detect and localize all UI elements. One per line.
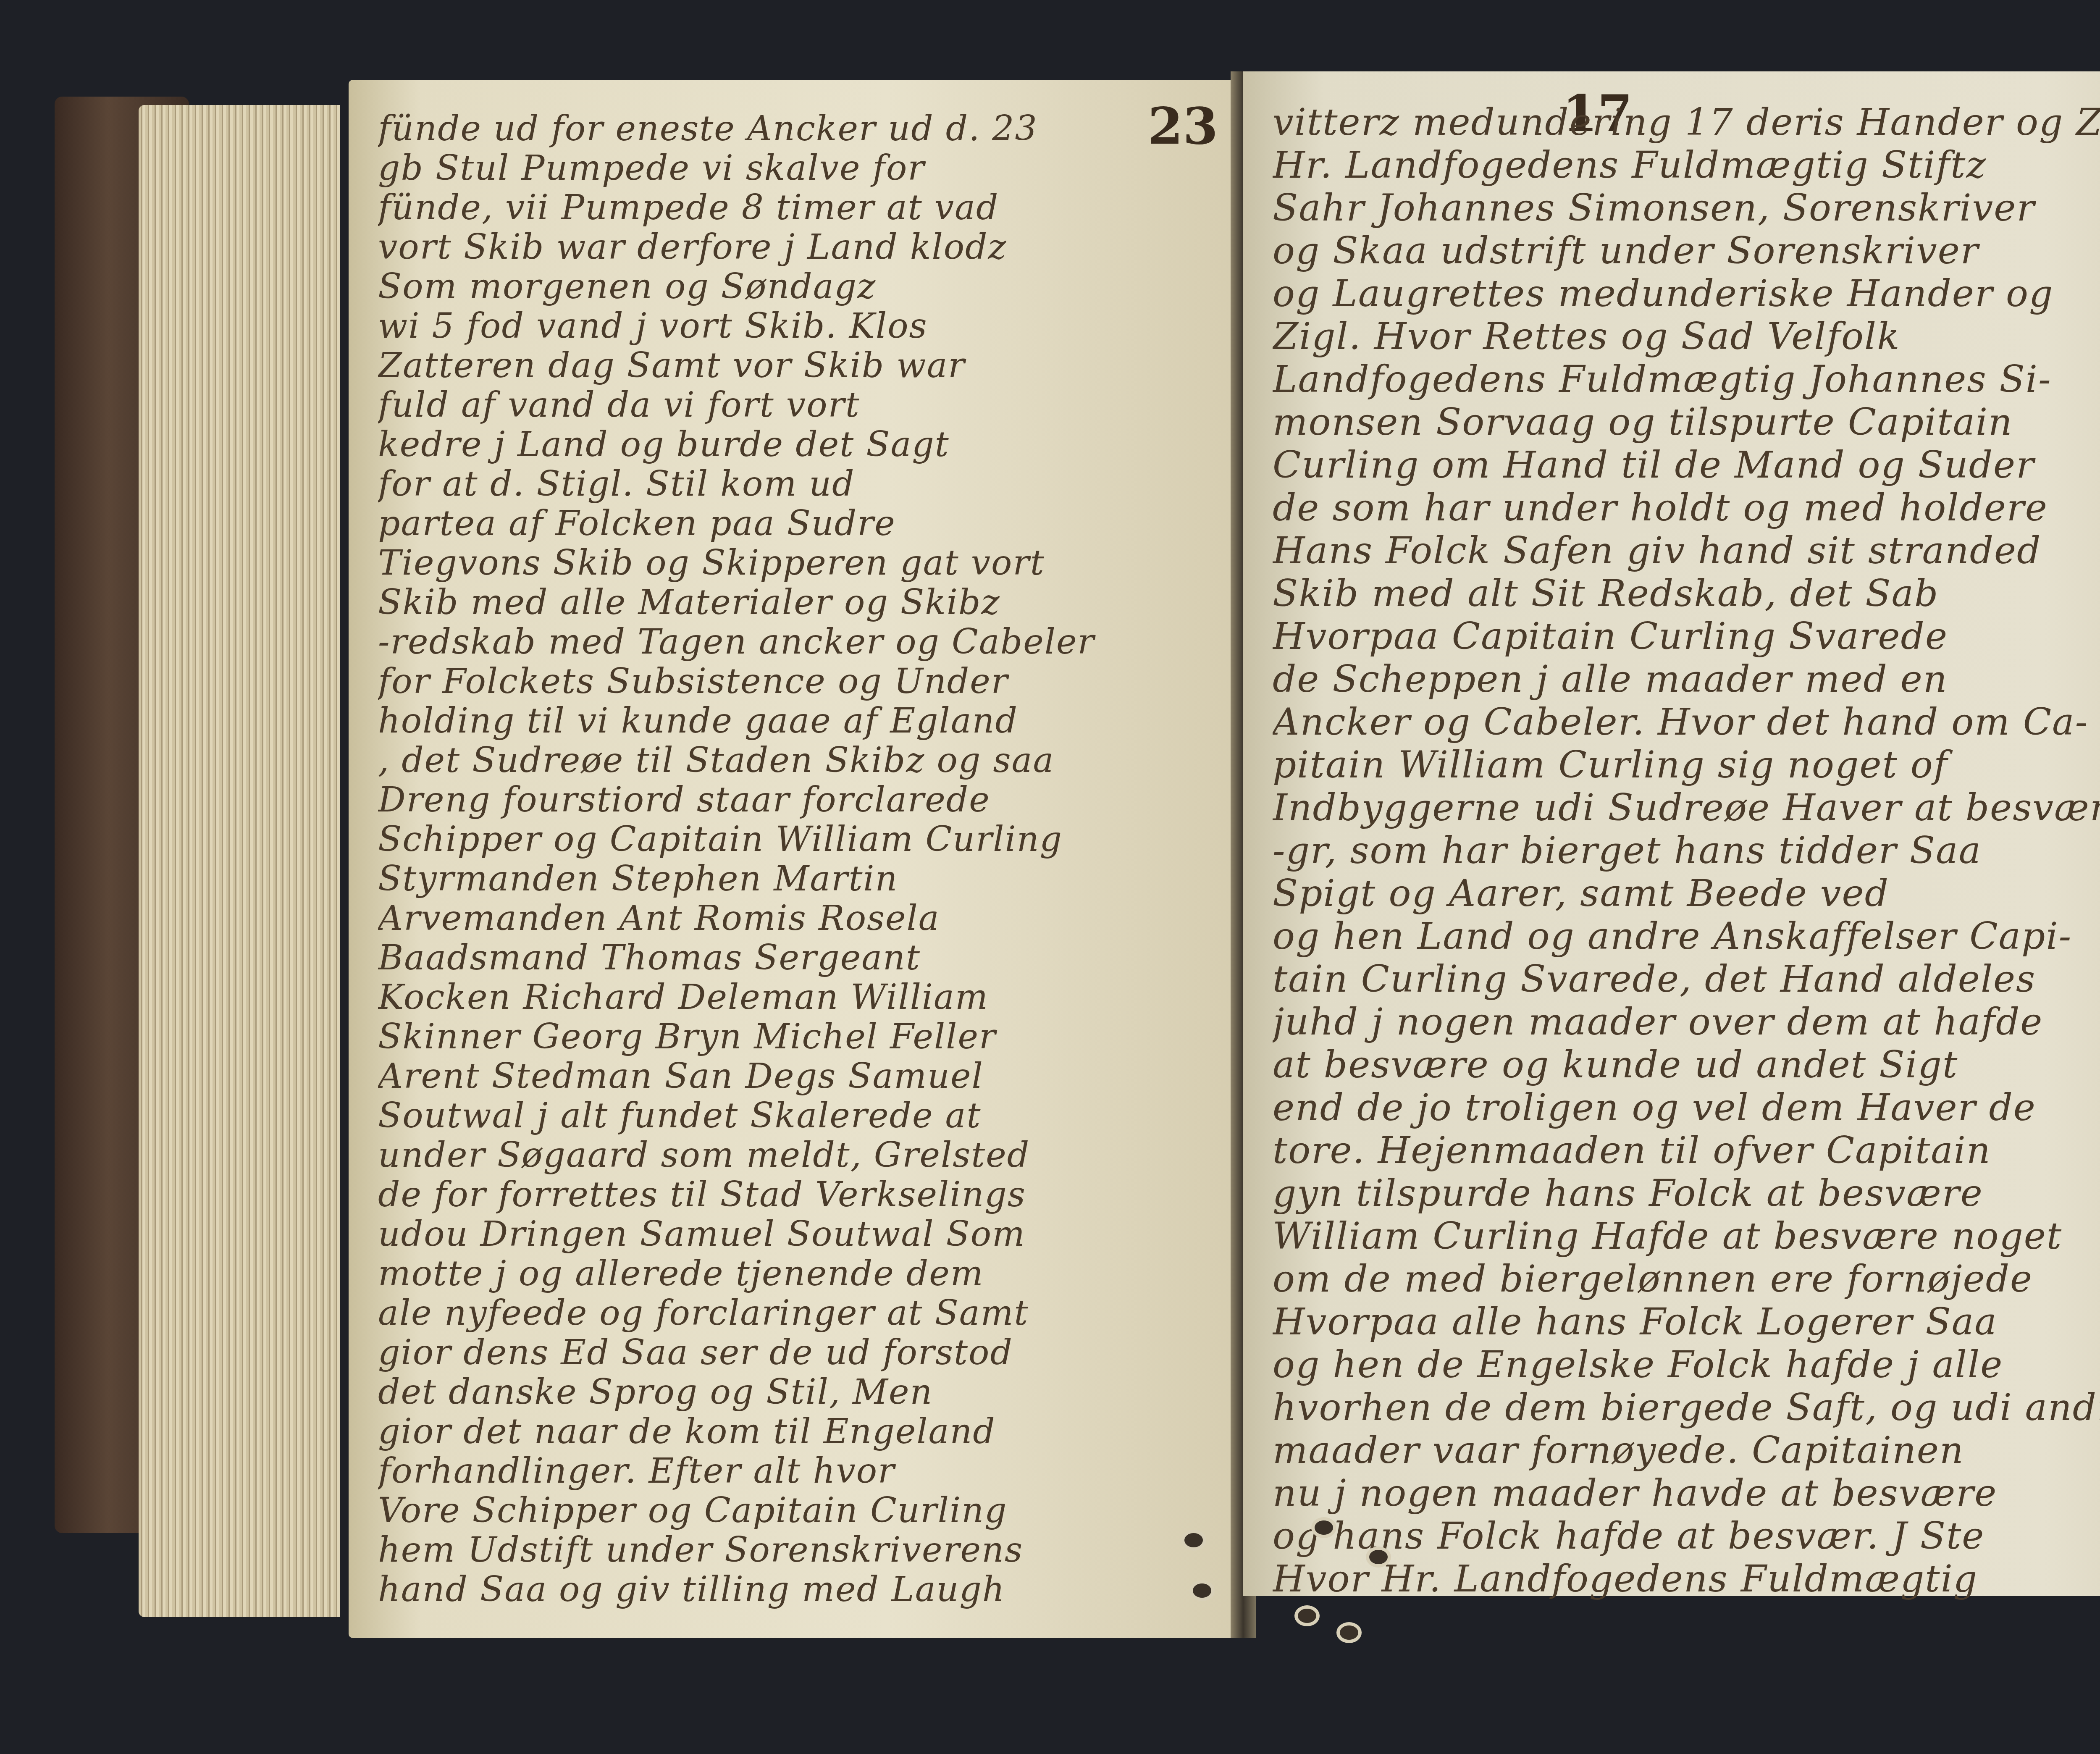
manuscript-line: de som har under holdt og med holdere [1273,486,2100,529]
manuscript-line: pitain William Curling sig noget of [1273,743,2100,786]
manuscript-line: Spigt og Aarer, samt Beede ved [1273,872,2100,915]
manuscript-line: Hvorpaa alle hans Folck Logerer Saa [1273,1300,2100,1343]
manuscript-line: fünde, vii Pumpede 8 timer at vad [378,188,1218,228]
manuscript-line: Zigl. Hvor Rettes og Sad Velfolk [1273,315,2100,358]
manuscript-line: holding til vi kunde gaae af Egland [378,701,1218,741]
manuscript-line: maader vaar fornøyede. Capitainen [1273,1429,2100,1472]
manuscript-line: fünde ud for eneste Ancker ud d. 23 [378,109,1218,149]
manuscript-line: Baadsmand Thomas Sergeant [378,938,1218,978]
manuscript-line: motte j og allerede tjenende dem [378,1254,1218,1294]
manuscript-line: Arvemanden Ant Romis Rosela [378,899,1218,938]
manuscript-line: gior dens Ed Saa ser de ud forstod [378,1333,1218,1373]
manuscript-line: Indbyggerne udi Sudreøe Haver at besvære [1273,786,2100,829]
manuscript-line: monsen Sorvaag og tilspurte Capitain [1273,401,2100,444]
manuscript-line: kedre j Land og burde det Sagt [378,425,1218,465]
manuscript-line: Hans Folck Safen giv hand sit stranded [1273,529,2100,572]
manuscript-line: Ancker og Cabeler. Hvor det hand om Ca- [1273,701,2100,743]
manuscript-line: forhandlinger. Efter alt hvor [378,1452,1218,1491]
wormhole [1315,1520,1333,1535]
manuscript-line: nu j nogen maader havde at besvære [1273,1472,2100,1515]
manuscript-line: end de jo troligen og vel dem Haver de [1273,1086,2100,1129]
manuscript-line: -redskab med Tagen ancker og Cabeler [378,622,1218,662]
manuscript-line: gior det naar de kom til Engeland [378,1412,1218,1452]
manuscript-line: hand Saa og giv tilling med Laugh [378,1570,1218,1610]
left-page-text: fünde ud for eneste Ancker ud d. 23gb St… [378,109,1218,1610]
manuscript-line: at besvære og kunde ud andet Sigt [1273,1043,2100,1086]
manuscript-line: juhd j nogen maader over dem at hafde [1273,1000,2100,1043]
manuscript-line: for at d. Stigl. Stil kom ud [378,465,1218,504]
manuscript-line: hvorhen de dem biergede Saft, og udi and… [1273,1386,2100,1429]
manuscript-line: Styrmanden Stephen Martin [378,859,1218,899]
manuscript-line: tore. Hejenmaaden til ofver Capitain [1273,1129,2100,1172]
manuscript-line: Curling om Hand til de Mand og Suder [1273,444,2100,486]
manuscript-line: Skinner Georg Bryn Michel Feller [378,1017,1218,1057]
manuscript-line: hem Udstift under Sorenskriverens [378,1531,1218,1570]
manuscript-line: og hen Land og andre Anskaffelser Capi- [1273,915,2100,958]
manuscript-line: wi 5 fod vand j vort Skib. Klos [378,307,1218,346]
manuscript-line: Vore Schipper og Capitain Curling [378,1491,1218,1531]
manuscript-line: partea af Folcken paa Sudre [378,504,1218,544]
right-page: 17 vitterz medundering 17 deris Hander o… [1243,71,2100,1596]
manuscript-line: William Curling Hafde at besvære noget [1273,1215,2100,1258]
manuscript-line: Som morgenen og Søndagz [378,267,1218,307]
manuscript-line: Kocken Richard Deleman William [378,978,1218,1017]
manuscript-line: Schipper og Capitain William Curling [378,820,1218,859]
manuscript-line: gyn tilspurde hans Folck at besvære [1273,1172,2100,1215]
manuscript-line: Dreng fourstiord staar forclarede [378,780,1218,820]
manuscript-line: , det Sudreøe til Staden Skibz og saa [378,741,1218,780]
manuscript-line: vort Skib war derfore j Land klodz [378,228,1218,267]
manuscript-line: ale nyfeede og forclaringer at Samt [378,1294,1218,1333]
manuscript-line: Sahr Johannes Simonsen, Sorenskriver [1273,186,2100,229]
manuscript-line: -gr, som har bierget hans tidder Saa [1273,829,2100,872]
manuscript-line: de Scheppen j alle maader med en [1273,658,2100,701]
manuscript-line: Hr. Landfogedens Fuldmægtig Stiftz [1273,144,2100,186]
manuscript-line: udou Dringen Samuel Soutwal Som [378,1215,1218,1254]
manuscript-line: og Laugrettes medunderiske Hander og [1273,272,2100,315]
manuscript-line: og hen de Engelske Folck hafde j alle [1273,1343,2100,1386]
manuscript-line: Landfogedens Fuldmægtig Johannes Si- [1273,358,2100,401]
manuscript-line: Hvor Hr. Landfogedens Fuldmægtig [1273,1557,2100,1600]
manuscript-line: Soutwal j alt fundet Skalerede at [378,1096,1218,1136]
wormhole [1193,1583,1211,1598]
manuscript-line: fuld af vand da vi fort vort [378,386,1218,425]
manuscript-line: Skib med alle Materialer og Skibz [378,583,1218,622]
manuscript-line: Hvorpaa Capitain Curling Svarede [1273,615,2100,658]
wormhole [1184,1533,1203,1547]
manuscript-line: om de med biergelønnen ere fornøjede [1273,1258,2100,1300]
manuscript-line: og Skaa udstrift under Sorenskriver [1273,229,2100,272]
page-edges [139,105,340,1617]
manuscript-line: vitterz medundering 17 deris Hander og Z… [1273,101,2100,144]
manuscript-line: under Søgaard som meldt, Grelsted [378,1136,1218,1175]
manuscript-line: Zatteren dag Samt vor Skib war [378,346,1218,386]
manuscript-line: gb Stul Pumpede vi skalve for [378,149,1218,188]
wormhole [1298,1609,1316,1623]
left-page: 23 fünde ud for eneste Ancker ud d. 23gb… [349,80,1243,1638]
manuscript-line: for Folckets Subsistence og Under [378,662,1218,701]
wormhole [1369,1550,1388,1564]
manuscript-line: de for forrettes til Stad Verkselings [378,1175,1218,1215]
manuscript-line: Skib med alt Sit Redskab, det Sab [1273,572,2100,615]
wormhole [1340,1625,1358,1640]
manuscript-line: Tiegvons Skib og Skipperen gat vort [378,544,1218,583]
manuscript-line: Arent Stedman San Degs Samuel [378,1057,1218,1096]
manuscript-line: tain Curling Svarede, det Hand aldeles [1273,958,2100,1000]
manuscript-line: og hans Folck hafde at besvær. J Ste [1273,1515,2100,1557]
right-page-text: vitterz medundering 17 deris Hander og Z… [1273,101,2100,1600]
manuscript-line: det danske Sprog og Stil, Men [378,1373,1218,1412]
